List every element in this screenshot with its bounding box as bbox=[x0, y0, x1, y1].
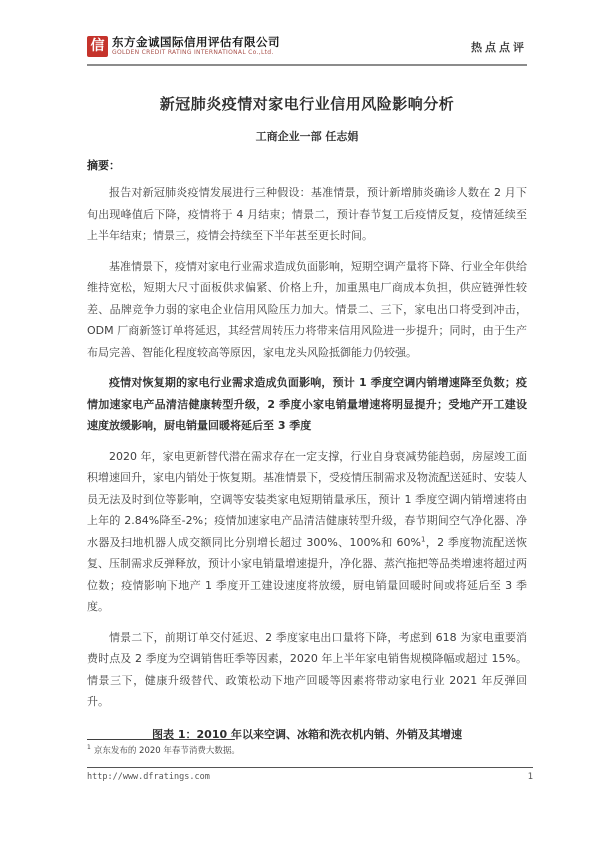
page-footer: http://www.dfratings.com 1 bbox=[87, 767, 533, 782]
footnote-marker: 1 bbox=[87, 744, 91, 751]
company-seal-icon: 信 bbox=[87, 36, 108, 57]
body-paragraph-4: 2020 年，家电更新替代潜在需求存在一定支撑，行业自身衰减势能趋弱，房屋竣工面… bbox=[87, 446, 527, 618]
footnote-text: 1京东发布的 2020 年春节消费大数据。 bbox=[87, 744, 527, 756]
page-number: 1 bbox=[528, 772, 533, 782]
page-header: 信 东方金诚国际信用评估有限公司 GOLDEN CREDIT RATING IN… bbox=[87, 36, 527, 66]
footnote-area: 1京东发布的 2020 年春节消费大数据。 bbox=[87, 739, 527, 756]
company-name-cn: 东方金诚国际信用评估有限公司 bbox=[112, 36, 280, 49]
page-title: 新冠肺炎疫情对家电行业信用风险影响分析 bbox=[87, 93, 527, 114]
company-logo: 信 东方金诚国际信用评估有限公司 GOLDEN CREDIT RATING IN… bbox=[87, 36, 280, 57]
company-name-en: GOLDEN CREDIT RATING INTERNATIONAL Co.,L… bbox=[112, 49, 280, 57]
author-line: 工商企业一部 任志娟 bbox=[87, 128, 527, 144]
abstract-paragraph-3-bold: 疫情对恢复期的家电行业需求造成负面影响，预计 1 季度空调内销增速降至负数；疫情… bbox=[87, 372, 527, 437]
footnote-separator bbox=[87, 739, 235, 740]
page-content: 信 东方金诚国际信用评估有限公司 GOLDEN CREDIT RATING IN… bbox=[87, 36, 527, 742]
document-page: 信 东方金诚国际信用评估有限公司 GOLDEN CREDIT RATING IN… bbox=[0, 0, 595, 842]
footnote-body: 京东发布的 2020 年春节消费大数据。 bbox=[94, 746, 240, 756]
abstract-paragraph-1: 报告对新冠肺炎疫情发展进行三种假设：基准情景，预计新增肺炎确诊人数在 2 月下旬… bbox=[87, 182, 527, 247]
footer-website-link[interactable]: http://www.dfratings.com bbox=[87, 772, 210, 782]
paragraph-4-text-before-footnote: 2020 年，家电更新替代潜在需求存在一定支撑，行业自身衰减势能趋弱，房屋竣工面… bbox=[87, 450, 527, 549]
abstract-paragraph-2: 基准情景下，疫情对家电行业需求造成负面影响，短期空调产量将下降、行业全年供给维持… bbox=[87, 256, 527, 364]
company-logo-text: 东方金诚国际信用评估有限公司 GOLDEN CREDIT RATING INTE… bbox=[112, 36, 280, 57]
report-category-label: 热点点评 bbox=[471, 39, 527, 57]
abstract-label: 摘要： bbox=[87, 157, 527, 173]
body-paragraph-5: 情景二下，前期订单交付延迟、2 季度家电出口量将下降，考虑到 618 为家电重要… bbox=[87, 627, 527, 713]
